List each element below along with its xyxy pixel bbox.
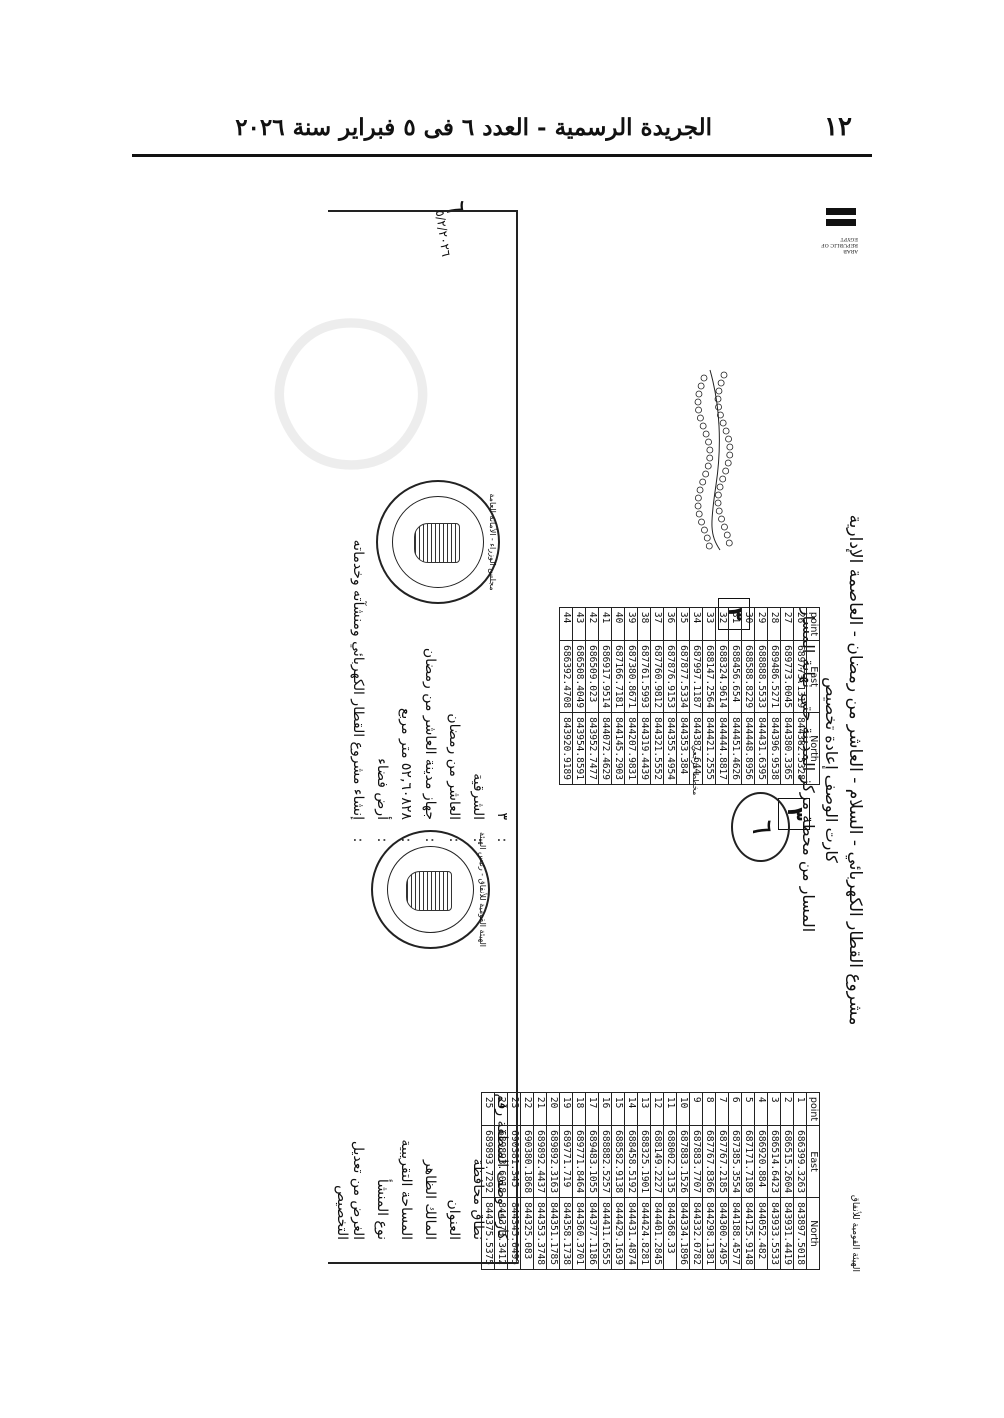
card-subtitle: كارت الوصف إعادة تخصيص <box>822 440 841 1100</box>
cell-north: 844319.4439 <box>638 713 651 785</box>
col-point: point <box>807 1092 820 1125</box>
info-label: كارت وصف المنطقة رقم <box>494 1090 510 1240</box>
table-row: 11688002.3135844368.33 <box>664 1092 677 1269</box>
table-row: 10687883.1526844334.1896 <box>677 1092 690 1269</box>
cell-east: 688149.2227 <box>651 1126 664 1198</box>
table-row: 30688588.8229844448.8956 <box>742 607 755 784</box>
cell-point: 42 <box>586 607 599 640</box>
cell-east: 686399.3263 <box>794 1126 807 1198</box>
cell-north: 844421.2555 <box>703 713 716 785</box>
header-divider <box>132 154 872 157</box>
cell-point: 36 <box>664 607 677 640</box>
table-row: 15688582.9138844429.1639 <box>612 1092 625 1269</box>
cell-point: 4 <box>755 1092 768 1125</box>
cell-point: 8 <box>703 1092 716 1125</box>
cell-north: 843920.9189 <box>560 713 573 785</box>
cell-east: 687883.7707 <box>690 1126 703 1198</box>
cell-point: 14 <box>625 1092 638 1125</box>
cabinet-seal-stamp: مجلس الوزراء - الأمانة العامة <box>376 480 500 604</box>
table-row: 28689486.5271844396.9538 <box>768 607 781 784</box>
cell-north: 844353.3748 <box>534 1198 547 1270</box>
cell-north: 844387.644 <box>690 713 703 785</box>
cell-north: 844332.0782 <box>690 1198 703 1270</box>
cell-east: 688324.9614 <box>716 641 729 713</box>
table-row: 29688888.5533844431.6395 <box>755 607 768 784</box>
table-row: 32688324.9614844444.8817 <box>716 607 729 784</box>
cell-point: 44 <box>560 607 573 640</box>
rotated-description-card: ◯ ARAB REPUBLIC OF EGYPT الهيئة القومية … <box>150 190 870 1280</box>
info-label: المالك الظاهر <box>422 1090 438 1240</box>
table-row: 1686399.3263843897.5018 <box>794 1092 807 1269</box>
cell-north: 844380.3365 <box>781 713 794 785</box>
eagle-emblem-icon <box>414 523 460 563</box>
table-row: 3686514.6423843933.5533 <box>768 1092 781 1269</box>
cell-point: 13 <box>638 1092 651 1125</box>
cell-point: 31 <box>729 607 742 640</box>
cell-east: 687385.3554 <box>729 1126 742 1198</box>
logo-bars-icon <box>826 208 856 232</box>
col-north: North <box>807 1198 820 1270</box>
table-row: 20689892.3163844351.1785 <box>547 1092 560 1269</box>
table-row: 13688325.1901844424.8281 <box>638 1092 651 1269</box>
cell-east: 687166.7181 <box>612 641 625 713</box>
info-label: نطاق محافظة <box>470 1090 486 1240</box>
cell-east: 688002.3135 <box>664 1126 677 1198</box>
cell-north: 844355.4954 <box>664 713 677 785</box>
cell-east: 688582.9138 <box>612 1126 625 1198</box>
table-row: 26689773.1319844382.5328 <box>794 607 807 784</box>
cell-north: 844358.1738 <box>560 1198 573 1270</box>
table-row: 21689892.4437844353.3748 <box>534 1092 547 1269</box>
info-row: المالك الظاهر:جهاز مدينة العاشر من رمضان <box>412 230 438 1240</box>
cell-north: 844431.4874 <box>625 1198 638 1270</box>
cell-north: 844351.1785 <box>547 1198 560 1270</box>
cell-east: 688882.5257 <box>599 1126 612 1198</box>
table-row: 34687997.1187844387.644 <box>690 607 703 784</box>
info-label: نوع المنشأ <box>374 1090 390 1240</box>
cell-point: 26 <box>794 607 807 640</box>
cell-east: 690380.1868 <box>521 1126 534 1198</box>
cell-point: 20 <box>547 1092 560 1125</box>
cell-point: 16 <box>599 1092 612 1125</box>
cell-north: 843933.5533 <box>768 1198 781 1270</box>
info-value: ٥٢,٦٠٨٢٨ متر مربع <box>398 420 414 820</box>
cell-north: 844411.6555 <box>599 1198 612 1270</box>
cell-east: 688458.5192 <box>625 1126 638 1198</box>
egypt-logo: ARAB REPUBLIC OF EGYPT <box>820 198 860 258</box>
table-row: 18689771.8464844360.3701 <box>573 1092 586 1269</box>
cell-north: 844325.083 <box>521 1198 534 1270</box>
cell-east: 687883.1526 <box>677 1126 690 1198</box>
cell-east: 689486.5271 <box>768 641 781 713</box>
table-row: 35687877.5334844353.384 <box>677 607 690 784</box>
cell-point: 32 <box>716 607 729 640</box>
cell-east: 687997.1187 <box>690 641 703 713</box>
cell-point: 41 <box>599 607 612 640</box>
cell-point: 35 <box>677 607 690 640</box>
cell-point: 9 <box>690 1092 703 1125</box>
cell-north: 844401.2845 <box>651 1198 664 1270</box>
table-row: 4686920.884844052.482 <box>755 1092 768 1269</box>
info-value: ٣ <box>494 420 510 820</box>
cell-east: 686509.023 <box>586 641 599 713</box>
cell-north: 844368.33 <box>664 1198 677 1270</box>
table-row: 36687876.9153844355.4954 <box>664 607 677 784</box>
cell-point: 12 <box>651 1092 664 1125</box>
table-row: 42686509.023843952.7477 <box>586 607 599 784</box>
cell-north: 844431.6395 <box>755 713 768 785</box>
cell-north: 844396.9538 <box>768 713 781 785</box>
cell-point: 22 <box>521 1092 534 1125</box>
cell-east: 688888.5533 <box>755 641 768 713</box>
cell-north: 844188.4577 <box>729 1198 742 1270</box>
cell-east: 687761.5993 <box>638 641 651 713</box>
cell-point: 7 <box>716 1092 729 1125</box>
info-value: أرض فضاء <box>374 420 390 820</box>
cell-east: 688325.1901 <box>638 1126 651 1198</box>
cell-point: 21 <box>534 1092 547 1125</box>
info-row: الغرض من تعديل التخصيص:إنشاء مشروع القطا… <box>340 230 366 1240</box>
cell-point: 39 <box>625 607 638 640</box>
cell-east: 687767.2185 <box>716 1126 729 1198</box>
info-sep: : <box>350 830 366 850</box>
table-row: 16688882.5257844411.6555 <box>599 1092 612 1269</box>
cell-east: 687171.7189 <box>742 1126 755 1198</box>
table-row: 27689773.0045844380.3365 <box>781 607 794 784</box>
route-map-sketch <box>680 365 750 555</box>
cell-point: 19 <box>560 1092 573 1125</box>
table-row: 5687171.7189844125.9148 <box>742 1092 755 1269</box>
info-label: المساحة التقريبية <box>398 1090 414 1240</box>
cell-point: 15 <box>612 1092 625 1125</box>
cell-north: 844052.482 <box>755 1198 768 1270</box>
cell-point: 29 <box>755 607 768 640</box>
cell-east: 687877.5334 <box>677 641 690 713</box>
cell-north: 844360.3701 <box>573 1198 586 1270</box>
cell-point: 40 <box>612 607 625 640</box>
table-row: 22690380.1868844325.083 <box>521 1092 534 1269</box>
cell-point: 2 <box>781 1092 794 1125</box>
cell-point: 17 <box>586 1092 599 1125</box>
table-row: 2686515.2604843931.4419 <box>781 1092 794 1269</box>
cell-north: 844334.1896 <box>677 1198 690 1270</box>
cell-point: 5 <box>742 1092 755 1125</box>
info-sep: : <box>494 830 510 850</box>
cell-east: 688588.8229 <box>742 641 755 713</box>
cell-north: 844382.5328 <box>794 713 807 785</box>
coordinates-table-1-25: point East North 1686399.3263843897.5018… <box>481 1092 820 1270</box>
cell-point: 6 <box>729 1092 742 1125</box>
cell-east: 686392.4708 <box>560 641 573 713</box>
table-row: 12688149.2227844401.2845 <box>651 1092 664 1269</box>
table-row: 9687883.7707844332.0782 <box>690 1092 703 1269</box>
running-header: ١٢ الجريدة الرسمية - العدد ٦ فى ٥ فبراير… <box>130 108 872 148</box>
info-value: الشرقية <box>470 420 486 820</box>
info-row: نطاق محافظة:الشرقية <box>460 230 486 1240</box>
table-row: 38687761.5993844319.4439 <box>638 607 651 784</box>
cell-east: 686515.2604 <box>781 1126 794 1198</box>
info-row: المساحة التقريبية:٥٢,٦٠٨٢٨ متر مربع <box>388 230 414 1240</box>
col-north: North <box>807 713 820 785</box>
cell-north: 844444.8817 <box>716 713 729 785</box>
cell-point: 1 <box>794 1092 807 1125</box>
table-row: 6687385.3554844188.4577 <box>729 1092 742 1269</box>
table-row: 39687380.8671844207.9831 <box>625 607 638 784</box>
info-row: كارت وصف المنطقة رقم:٣ <box>484 230 510 1240</box>
cell-point: 10 <box>677 1092 690 1125</box>
table-row: 8687767.8366844298.1381 <box>703 1092 716 1269</box>
cell-east: 689892.3163 <box>547 1126 560 1198</box>
cell-point: 38 <box>638 607 651 640</box>
cell-north: 844072.4629 <box>599 713 612 785</box>
cell-east: 689483.1055 <box>586 1126 599 1198</box>
table-row: 43686508.4049843954.8591 <box>573 607 586 784</box>
info-label: الغرض من تعديل التخصيص <box>334 1090 366 1240</box>
cell-point: 18 <box>573 1092 586 1125</box>
table-row: 40687166.7181844145.2903 <box>612 607 625 784</box>
cell-east: 689771.719 <box>560 1126 573 1198</box>
cell-east: 689773.1319 <box>794 641 807 713</box>
cell-north: 844298.1381 <box>703 1198 716 1270</box>
cell-north: 843952.7477 <box>586 713 599 785</box>
card-info-block: كارت وصف المنطقة رقم:٣نطاق محافظة:الشرقي… <box>340 230 510 1240</box>
cell-north: 844451.4626 <box>729 713 742 785</box>
cell-east: 686508.4049 <box>573 641 586 713</box>
page-number: ١٢ <box>824 112 852 142</box>
table-row: 31688456.654844451.4626 <box>729 607 742 784</box>
circled-number: ٦ <box>731 792 790 862</box>
cell-east: 689892.4437 <box>534 1126 547 1198</box>
project-title: مشروع القطار الكهربائي - السلام - العاشر… <box>845 440 865 1100</box>
cell-north: 844448.8956 <box>742 713 755 785</box>
authority-seal-stamp: الهيئة القومية للأنفاق - رئيس الهيئة <box>371 830 490 949</box>
tunnels-authority-logo: الهيئة القومية للأنفاق <box>850 1195 860 1272</box>
cell-north: 844145.2903 <box>612 713 625 785</box>
table-row: 41686917.9514844072.4629 <box>599 607 612 784</box>
table-row: 44686392.4708843920.9189 <box>560 607 573 784</box>
cell-north: 843931.4419 <box>781 1198 794 1270</box>
cell-east: 686514.6423 <box>768 1126 781 1198</box>
cell-north: 844207.9831 <box>625 713 638 785</box>
info-row: العنوان:العاشر من رمضان <box>436 230 462 1240</box>
cell-east: 688456.654 <box>729 641 742 713</box>
cell-east: 687380.8671 <box>625 641 638 713</box>
info-value: إنشاء مشروع القطار الكهربائي ومنشآته وخد… <box>350 420 366 820</box>
cell-east: 687767.8366 <box>703 1126 716 1198</box>
table-row: 7687767.2185844300.2495 <box>716 1092 729 1269</box>
cell-north: 843954.8591 <box>573 713 586 785</box>
cell-east: 689773.0045 <box>781 641 794 713</box>
cell-north: 844125.9148 <box>742 1198 755 1270</box>
table-row: 33688147.2564844421.2555 <box>703 607 716 784</box>
cell-point: 28 <box>768 607 781 640</box>
cell-east: 686917.9514 <box>599 641 612 713</box>
col-east: East <box>807 641 820 713</box>
info-row: نوع المنشأ:أرض فضاء <box>364 230 390 1240</box>
cell-east: 689771.8464 <box>573 1126 586 1198</box>
info-label: العنوان <box>446 1090 462 1240</box>
col-east: East <box>807 1126 820 1198</box>
table-row: 37687760.9812844321.5552 <box>651 607 664 784</box>
cell-point: 43 <box>573 607 586 640</box>
cell-north: 844377.1186 <box>586 1198 599 1270</box>
coordinates-table-26-44: point East North 26689773.1319844382.532… <box>559 607 820 785</box>
cell-north: 844429.1639 <box>612 1198 625 1270</box>
publication-title: الجريدة الرسمية - العدد ٦ فى ٥ فبراير سن… <box>235 114 712 141</box>
table-row: 14688458.5192844431.4874 <box>625 1092 638 1269</box>
cell-north: 844300.2495 <box>716 1198 729 1270</box>
eagle-emblem-icon <box>407 871 453 911</box>
cell-north: 843897.5018 <box>794 1198 807 1270</box>
cell-point: 30 <box>742 607 755 640</box>
cell-north: 844353.384 <box>677 713 690 785</box>
cell-point: 11 <box>664 1092 677 1125</box>
cell-north: 844321.5552 <box>651 713 664 785</box>
col-point: point <box>807 607 820 640</box>
table-row: 17689483.1055844377.1186 <box>586 1092 599 1269</box>
cell-east: 686920.884 <box>755 1126 768 1198</box>
cell-east: 687760.9812 <box>651 641 664 713</box>
cell-point: 3 <box>768 1092 781 1125</box>
cell-point: 27 <box>781 607 794 640</box>
cell-east: 688147.2564 <box>703 641 716 713</box>
cell-point: 34 <box>690 607 703 640</box>
cell-point: 33 <box>703 607 716 640</box>
cell-east: 687876.9153 <box>664 641 677 713</box>
cell-point: 37 <box>651 607 664 640</box>
table-row: 19689771.719844358.1738 <box>560 1092 573 1269</box>
cell-north: 844424.8281 <box>638 1198 651 1270</box>
